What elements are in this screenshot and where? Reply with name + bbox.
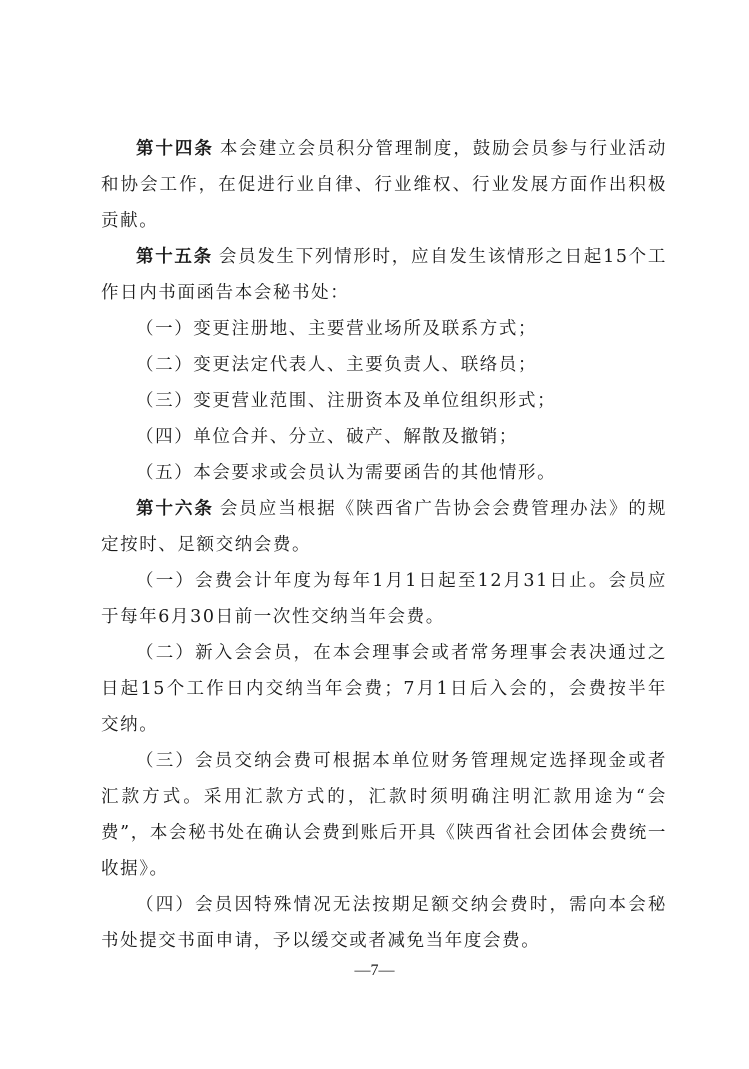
list-item: （五）本会要求或会员认为需要函告的其他情形。 [101,455,667,491]
list-item: （二）变更法定代表人、主要负责人、联络员； [101,347,667,383]
list-item: （一）变更注册地、主要营业场所及联系方式； [101,311,667,347]
list-item: （四）单位合并、分立、破产、解散及撤销； [101,419,667,455]
article-14: 第十四条本会建立会员积分管理制度，鼓励会员参与行业活动和协会工作，在促进行业自律… [101,131,667,239]
list-item: （三）变更营业范围、注册资本及单位组织形式； [101,383,667,419]
article-15: 第十五条会员发生下列情形时，应自发生该情形之日起15个工作日内书面函告本会秘书处… [101,239,667,311]
page-number: —7— [0,962,749,980]
document-page: 第十四条本会建立会员积分管理制度，鼓励会员参与行业活动和协会工作，在促进行业自律… [0,0,749,1069]
list-item: （三）会员交纳会费可根据本单位财务管理规定选择现金或者汇款方式。采用汇款方式的，… [101,743,667,887]
list-item: （四）会员因特殊情况无法按期足额交纳会费时，需向本会秘书处提交书面申请，予以缓交… [101,887,667,959]
article-heading: 第十四条 [136,139,214,159]
article-heading: 第十六条 [136,499,214,519]
list-item: （一）会费会计年度为每年1月1日起至12月31日止。会员应于每年6月30日前一次… [101,563,667,635]
list-item: （二）新入会会员，在本会理事会或者常务理事会表决通过之日起15个工作日内交纳当年… [101,635,667,743]
article-heading: 第十五条 [136,247,213,267]
article-16: 第十六条会员应当根据《陕西省广告协会会费管理办法》的规定按时、足额交纳会费。 [101,491,667,563]
document-body: 第十四条本会建立会员积分管理制度，鼓励会员参与行业活动和协会工作，在促进行业自律… [101,131,667,959]
